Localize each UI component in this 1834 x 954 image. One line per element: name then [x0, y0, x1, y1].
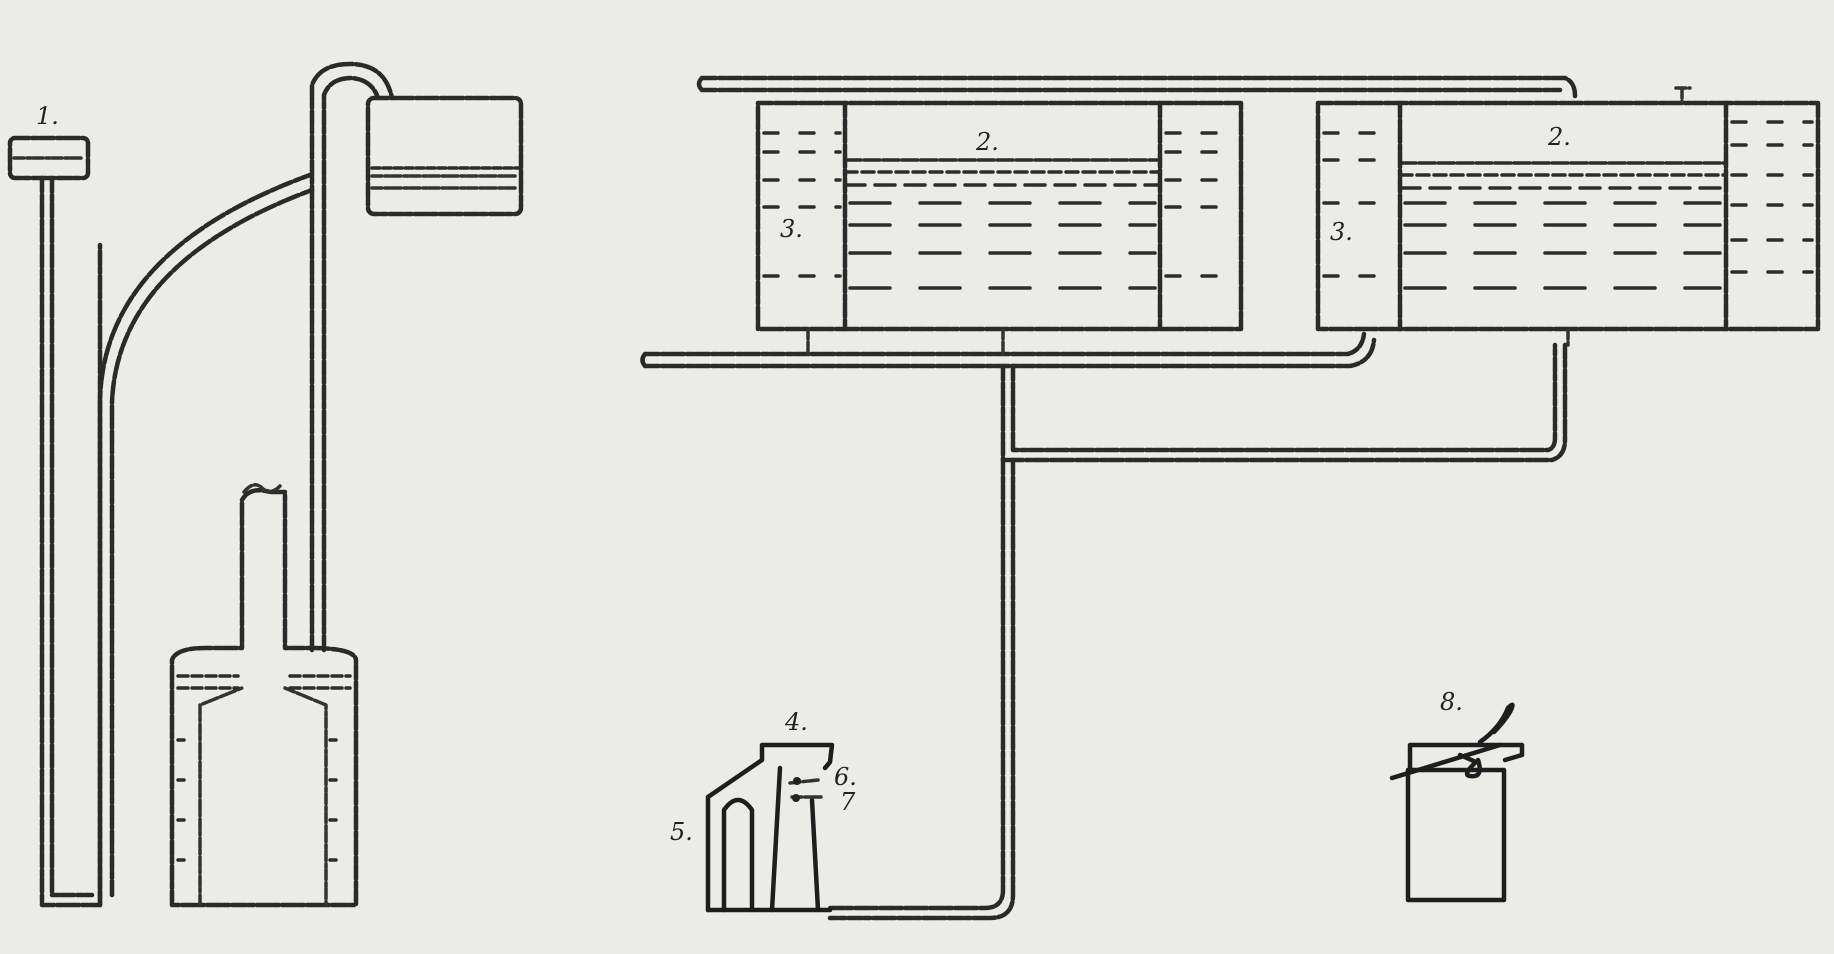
label-tank-right-2: 2. — [1547, 123, 1571, 151]
apparatus-diagram: 1. 2. — [0, 0, 1834, 954]
label-tank-left-2: 2. — [975, 128, 999, 156]
label-7: 7 — [840, 788, 856, 816]
label-tank-right-3: 3. — [1330, 218, 1353, 246]
label-4: 4. — [784, 708, 808, 736]
label-tank-left-3: 3. — [780, 215, 803, 243]
label-8: 8. — [1440, 688, 1463, 716]
label-6: 6. — [834, 763, 857, 791]
label-1: 1. — [36, 102, 59, 130]
label-5: 5. — [670, 818, 693, 846]
